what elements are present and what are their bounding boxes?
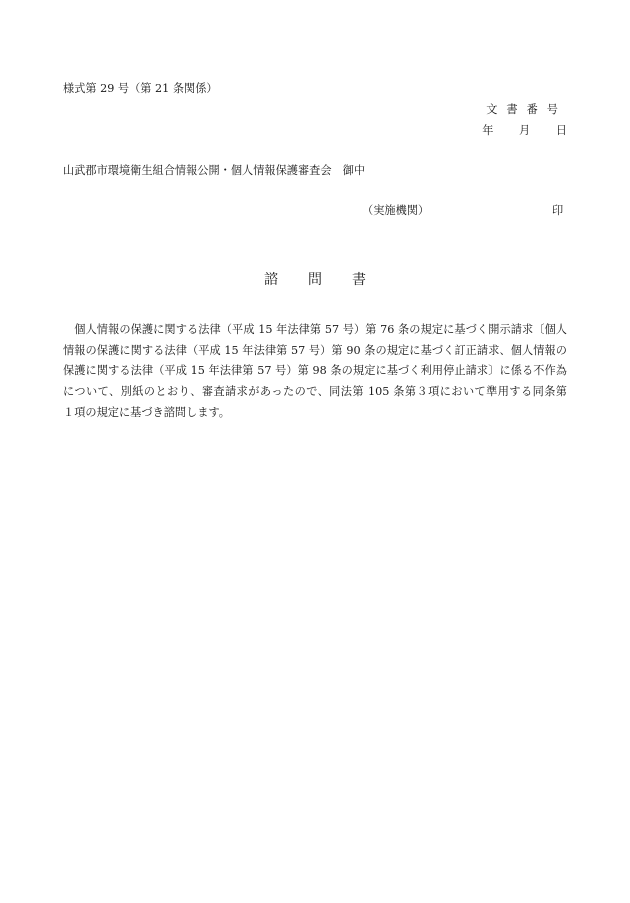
body-line: 保護に関する法律（平成 15 年法律第 57 号）第 98 条の規定に基づく利用…: [63, 361, 567, 382]
addressee: 山武郡市環境衛生組合情報公開・個人情報保護審査会 御中: [63, 162, 365, 178]
seal-mark: 印: [552, 202, 563, 218]
body-line: 個人情報の保護に関する法律（平成 15 年法律第 57 号）第 76 条の規定に…: [63, 320, 567, 341]
date-line: 年 月 日: [482, 122, 567, 138]
date-day: 日: [556, 122, 567, 138]
form-number: 様式第 29 号（第 21 条関係）: [63, 80, 218, 96]
body-line: １項の規定に基づき諮問します。: [63, 403, 567, 424]
implementing-agency: （実施機関）: [362, 202, 429, 218]
body-paragraph: 個人情報の保護に関する法律（平成 15 年法律第 57 号）第 76 条の規定に…: [63, 320, 567, 424]
document-number-label: 文書番号: [486, 101, 567, 117]
date-month: 月: [519, 122, 530, 138]
body-line: について、別紙のとおり、審査請求があったので、同法第 105 条第３項において準…: [63, 382, 567, 403]
document-title: 諮問書: [0, 269, 630, 289]
date-year: 年: [482, 122, 493, 138]
body-line: 情報の保護に関する法律（平成 15 年法律第 57 号）第 90 条の規定に基づ…: [63, 341, 567, 362]
